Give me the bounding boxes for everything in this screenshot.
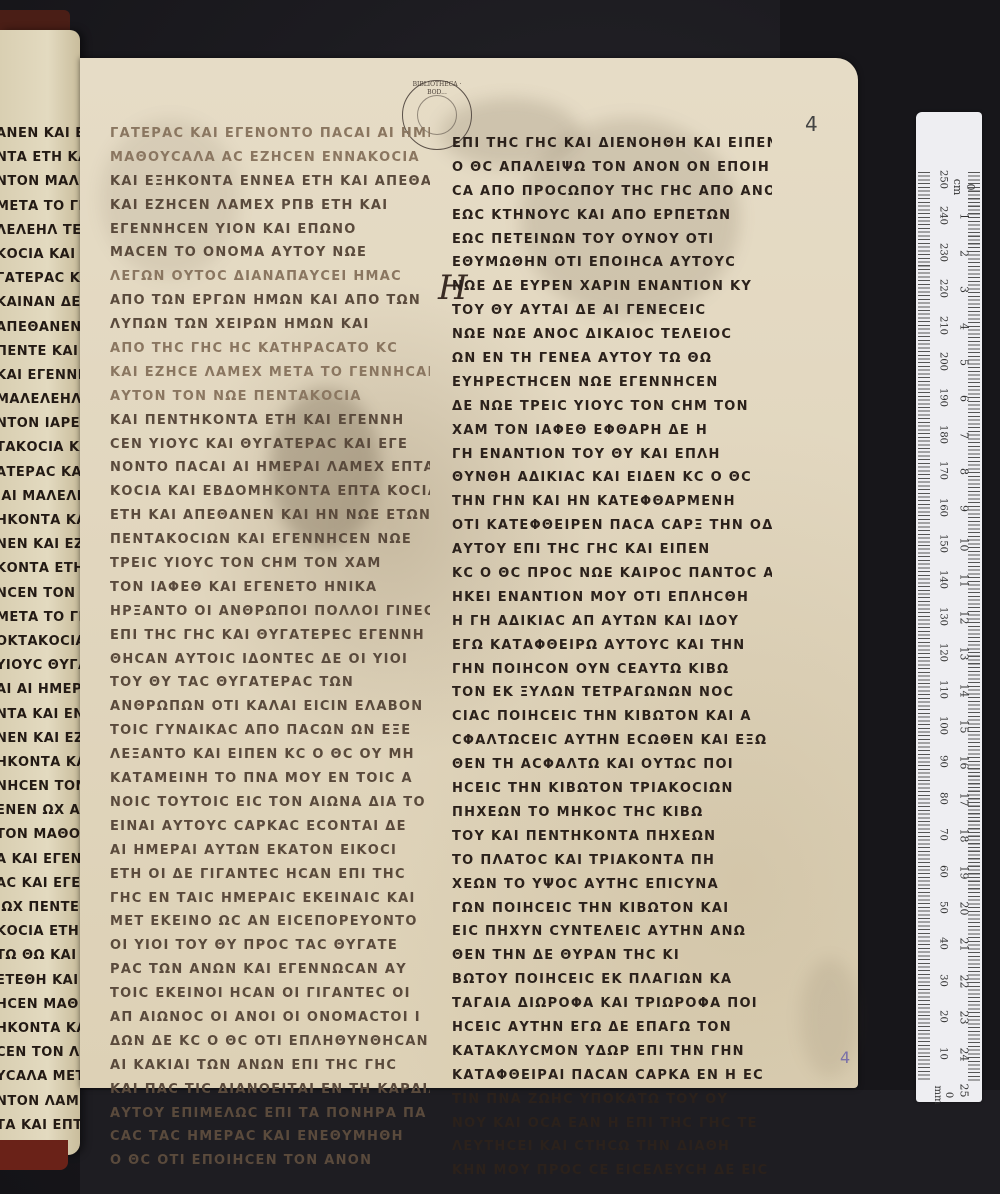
manuscript-line: ΚΑΙ ΕΓΕΝΝΗϹΕΝ: [0, 364, 80, 388]
manuscript-line: ΥΙΟΥϹ ΘΥΓΑΤ: [0, 654, 80, 678]
ruler-cm-label: 9: [958, 498, 971, 518]
manuscript-line: ΠΗΧΕΩΝ ΤΟ ΜΗΚΟϹ ΤΗϹ ΚΙΒΩ: [452, 801, 772, 825]
ruler-cm-label: 3: [958, 280, 971, 300]
manuscript-line: ΥϹΑΛΑ ΜΕΤ: [0, 1065, 80, 1089]
manuscript-line: ΚΟΝΤΑ ΕΤΗ ΚΑ: [0, 557, 80, 581]
ruler-mm-label: 50: [938, 895, 949, 921]
ruler-mm-label: 130: [938, 603, 949, 629]
manuscript-line: ΕΓΕΝΝΗϹΕΝ ΥΙΟΝ ΚΑΙ ΕΠΩΝΟ: [110, 218, 430, 242]
manuscript-line: ΧΑΜ ΤΟΝ ΙΑΦΕΘ ΕΦΘΑΡΗ ΔΕ Η: [452, 419, 772, 443]
manuscript-line: ΔΩΝ ΔΕ ΚϹ Ο ΘϹ ΟΤΙ ΕΠΛΗΘΥΝΘΗϹΑΝ: [110, 1030, 430, 1054]
manuscript-line: ΕΥΗΡΕϹΤΗϹΕΝ ΝΩΕ ΕΓΕΝΝΗϹΕΝ: [452, 371, 772, 395]
manuscript-line: ΚΑΤΑΦΘΕΙΡΑΙ ΠΑϹΑΝ ϹΑΡΚΑ ΕΝ Η ΕϹ: [452, 1064, 772, 1088]
manuscript-line: ΝΤΑ ΚΑΙ ΕΝΝΑ: [0, 703, 80, 727]
folio-number-top: 4: [805, 112, 818, 136]
ruler-mm-label: 110: [938, 676, 949, 702]
manuscript-line: ΕΓΩ ΚΑΤΑΦΘΕΙΡΩ ΑΥΤΟΥϹ ΚΑΙ ΤΗΝ: [452, 634, 772, 658]
manuscript-line: ΑΝΕΝ ΚΑΙ ΕΖΗ: [0, 122, 80, 146]
manuscript-line: ΑΠ ΑΙΩΝΟϹ ΟΙ ΑΝΟΙ ΟΙ ΟΝΟΜΑϹΤΟΙ Ι: [110, 1006, 430, 1030]
manuscript-line: ΜΑΛΕΛΕΗΛ ΜΕΤ: [0, 388, 80, 412]
ruler-mm-label: 160: [938, 494, 949, 520]
ruler-cm-label: 22: [958, 971, 971, 991]
manuscript-line: ΕΠΙ ΤΗϹ ΓΗϹ ΚΑΙ ΘΥΓΑΤΕΡΕϹ ΕΓΕΝΝΗ: [110, 624, 430, 648]
manuscript-line: ΤΟΙϹ ΕΚΕΙΝΟΙ ΗϹΑΝ ΟΙ ΓΙΓΑΝΤΕϹ ΟΙ: [110, 982, 430, 1006]
manuscript-line: ΗΚΟΝΤΑ ΚΑΙ ΕΝ: [0, 509, 80, 533]
ruler-cm-label: 21: [958, 935, 971, 955]
ruler-mm-label: 170: [938, 458, 949, 484]
text-column-left: ΓΑΤΕΡΑϹ ΚΑΙ ΕΓΕΝΟΝΤΟ ΠΑϹΑΙ ΑΙ ΗΜΕΡΑΙΜΑΘΟ…: [110, 122, 430, 1173]
manuscript-line: ΟΙ ΥΙΟΙ ΤΟΥ ΘΥ ΠΡΟϹ ΤΑϹ ΘΥΓΑΤΕ: [110, 934, 430, 958]
manuscript-line: ΗΚΕΙ ΕΝΑΝΤΙΟΝ ΜΟΥ ΟΤΙ ΕΠΛΗϹΘΗ: [452, 586, 772, 610]
manuscript-line: ΩΝ ΕΝ ΤΗ ΓΕΝΕΑ ΑΥΤΟΥ ΤΩ ΘΩ: [452, 347, 772, 371]
manuscript-line: ΝΕΝ ΚΑΙ ΕΖΗϹ: [0, 727, 80, 751]
ruler-mm-label: 20: [938, 1004, 949, 1030]
ruler-cm-label: 12: [958, 607, 971, 627]
ruler-mm-label: 190: [938, 385, 949, 411]
manuscript-line: ΓΑΤΕΡΑϹ ΚΑΙ ΕΓΕΝΟΝΤΟ ΠΑϹΑΙ ΑΙ ΗΜΕΡΑΙ: [110, 122, 430, 146]
ruler-cm-label: 5: [958, 353, 971, 373]
manuscript-line: ΓΩΝ ΠΟΙΗϹΕΙϹ ΤΗΝ ΚΙΒΩΤΟΝ ΚΑΙ: [452, 897, 772, 921]
manuscript-line: ΚΑΙ ΠΕΝΤΗΚΟΝΤΑ ΕΤΗ ΚΑΙ ΕΓΕΝΝΗ: [110, 409, 430, 433]
stain: [800, 958, 860, 1078]
manuscript-line: ΠΕΝΤΕ ΚΑΙ ΕΖΗΚ: [0, 340, 80, 364]
manuscript-line: ΛΕΥΤΗϹΕΙ ΚΑΙ ϹΤΗϹΩ ΤΗΝ ΔΙΑΘΗ: [452, 1135, 772, 1159]
manuscript-line: ΑΥΤΟΥ ΕΠΙ ΤΗϹ ΓΗϹ ΚΑΙ ΕΙΠΕΝ: [452, 538, 772, 562]
manuscript-line: ΜΕΤ ΕΚΕΙΝΟ ΩϹ ΑΝ ΕΙϹΕΠΟΡΕΥΟΝΤΟ: [110, 910, 430, 934]
manuscript-line: ΕΙΝΑΙ ΑΥΤΟΥϹ ϹΑΡΚΑϹ ΕϹΟΝΤΑΙ ΔΕ: [110, 815, 430, 839]
manuscript-line: ΟΚΤΑΚΟϹΙΑ ΕΤ: [0, 630, 80, 654]
manuscript-line: ΚΟϹΙΑ ΕΤΗ: [0, 920, 80, 944]
manuscript-line: ΕΤΗ ΚΑΙ ΑΠΕΘΑΝΕΝ ΚΑΙ ΗΝ ΝΩΕ ΕΤΩΝ: [110, 504, 430, 528]
ruler-cm-label: 1: [958, 207, 971, 227]
manuscript-line: ΜΑϹΕΝ ΤΟ ΟΝΟΜΑ ΑΥΤΟΥ ΝΩΕ: [110, 241, 430, 265]
manuscript-line: ϹΕΝ ΤΟΝ ΛΑ: [0, 1041, 80, 1065]
manuscript-line: ΕΠΙ ΤΗϹ ΓΗϹ ΚΑΙ ΔΙΕΝΟΗΘΗ ΚΑΙ ΕΙΠΕΝ: [452, 132, 772, 156]
ruler-cm-label: 23: [958, 1008, 971, 1028]
manuscript-line: ΜΕΤΑ ΤΟ ΓΕΝΝΗ: [0, 606, 80, 630]
ruler-cm-label: 7: [958, 425, 971, 445]
ruler-cm-label: 13: [958, 644, 971, 664]
manuscript-line: ΚΑΤΑΜΕΙΝΗ ΤΟ ΠΝΑ ΜΟΥ ΕΝ ΤΟΙϹ Α: [110, 767, 430, 791]
manuscript-line: ΑΠΕΘΑΝΕΝ ΚΑΙ: [0, 316, 80, 340]
manuscript-line: ΗϹΕΝ ΜΑΘ: [0, 993, 80, 1017]
ruler-mm-label: 150: [938, 531, 949, 557]
manuscript-line: ΝΩΕ ΝΩΕ ΑΝΟϹ ΔΙΚΑΙΟϹ ΤΕΛΕΙΟϹ: [452, 323, 772, 347]
ruler-cm-label: 2: [958, 243, 971, 263]
manuscript-line: ΤΟΥ ΚΑΙ ΠΕΝΤΗΚΟΝΤΑ ΠΗΧΕΩΝ: [452, 825, 772, 849]
ruler-mm-label: 220: [938, 276, 949, 302]
manuscript-line: ΤΗΝ ΓΗΝ ΚΑΙ ΗΝ ΚΑΤΕΦΘΑΡΜΕΝΗ: [452, 490, 772, 514]
manuscript-line: ΙΩΧ ΠΕΝΤΕ: [0, 896, 80, 920]
ruler-mm-label: 140: [938, 567, 949, 593]
manuscript-line: ΜΕΤΑ ΤΟ ΓΕΝΝΗ: [0, 195, 80, 219]
manuscript-line: ΔΕ ΝΩΕ ΤΡΕΙϹ ΥΙΟΥϹ ΤΟΝ ϹΗΜ ΤΟΝ: [452, 395, 772, 419]
manuscript-line: ΑΝΘΡΩΠΩΝ ΟΤΙ ΚΑΛΑΙ ΕΙϹΙΝ ΕΛΑΒΟΝ ΕΑΥ: [110, 695, 430, 719]
manuscript-line: ΝΩΕ ΔΕ ΕΥΡΕΝ ΧΑΡΙΝ ΕΝΑΝΤΙΟΝ ΚΥ: [452, 275, 772, 299]
ruler-cm-label: 20: [958, 899, 971, 919]
ruler-mm-label: 10: [938, 1040, 949, 1066]
manuscript-line: ΗΚΟΝΤΑ ΚΑΙ Ε: [0, 751, 80, 775]
manuscript-line: ΗϹΕΙϹ ΑΥΤΗΝ ΕΓΩ ΔΕ ΕΠΑΓΩ ΤΟΝ: [452, 1016, 772, 1040]
manuscript-line: ΚΑΙ ΕΞΗΚΟΝΤΑ ΕΝΝΕΑ ΕΤΗ ΚΑΙ ΑΠΕΘΑΝΕ: [110, 170, 430, 194]
ruler-cm-label: 25: [958, 1081, 971, 1101]
manuscript-line: ΗΚΟΝΤΑ ΚΑΙ: [0, 1017, 80, 1041]
manuscript-line: ΚΑΙΝΑΝ ΔΕΚΑ: [0, 291, 80, 315]
manuscript-line: ΕΘΥΜΩΘΗΝ ΟΤΙ ΕΠΟΙΗϹΑ ΑΥΤΟΥϹ: [452, 251, 772, 275]
manuscript-line: ΚΟϹΙΑ ΚΑΙ ΕΒΔΟΜΗΚΟΝΤΑ ΕΠΤΑ ΚΟϹΙΑ: [110, 480, 430, 504]
ruler-cm-label: 10: [958, 535, 971, 555]
manuscript-line: ϹΑϹ ΤΑϹ ΗΜΕΡΑϹ ΚΑΙ ΕΝΕΘΥΜΗΘΗ: [110, 1125, 430, 1149]
ruler-mm-label: 40: [938, 931, 949, 957]
ruler-mm-label: 80: [938, 785, 949, 811]
manuscript-line: ϹΦΑΛΤΩϹΕΙϹ ΑΥΤΗΝ ΕϹΩΘΕΝ ΚΑΙ ΕΞΩ: [452, 729, 772, 753]
manuscript-line: ΕΝΕΝ ΩΧ ΑΛΑ: [0, 799, 80, 823]
manuscript-line: ϹΙΑϹ ΠΟΙΗϹΕΙϹ ΤΗΝ ΚΙΒΩΤΟΝ ΚΑΙ Α: [452, 705, 772, 729]
manuscript-line: ΓΗϹ ΕΝ ΤΑΙϹ ΗΜΕΡΑΙϹ ΕΚΕΙΝΑΙϹ ΚΑΙ: [110, 887, 430, 911]
manuscript-line: ΕΤΕΘΗ ΚΑΙ: [0, 969, 80, 993]
manuscript-line: ΝϹΕΝ ΤΟΝ ΕΝ: [0, 582, 80, 606]
manuscript-line: ΜΑΘΟΥϹΑΛΑ ΑϹ ΕΖΗϹΕΝ ΕΝΝΑΚΟϹΙΑ: [110, 146, 430, 170]
ruler-mm-label: 230: [938, 239, 949, 265]
ruler-mm-label: 60: [938, 858, 949, 884]
ruler-mm-label: 200: [938, 349, 949, 375]
manuscript-line: ΤΑΓΑΙΑ ΔΙΩΡΟΦΑ ΚΑΙ ΤΡΙΩΡΟΦΑ ΠΟΙ: [452, 992, 772, 1016]
manuscript-line: ΧΕΩΝ ΤΟ ΥΨΟϹ ΑΥΤΗϹ ΕΠΙϹΥΝΑ: [452, 873, 772, 897]
ruler-cm-label: 19: [958, 862, 971, 882]
manuscript-line: ΝΗϹΕΝ ΤΟΝ Ε: [0, 775, 80, 799]
folio-number-bottom: 4: [840, 1048, 850, 1067]
ruler-cm-label: 4: [958, 316, 971, 336]
manuscript-line: ΤΟΝ ΙΑΦΕΘ ΚΑΙ ΕΓΕΝΕΤΟ ΗΝΙΚΑ: [110, 576, 430, 600]
manuscript-line: ΝΟΥ ΚΑΙ ΟϹΑ ΕΑΝ Η ΕΠΙ ΤΗϹ ΓΗϹ ΤΕ: [452, 1112, 772, 1136]
manuscript-line: ΓΑΤΕΡΑϹ ΚΑΙ ΕΓΕ: [0, 267, 80, 291]
manuscript-line: ΤΟΥ ΘΥ ΑΥΤΑΙ ΔΕ ΑΙ ΓΕΝΕϹΕΙϹ: [452, 299, 772, 323]
manuscript-line: ΕΩϹ ΚΤΗΝΟΥϹ ΚΑΙ ΑΠΟ ΕΡΠΕΤΩΝ: [452, 204, 772, 228]
ruler-cm-label: 18: [958, 826, 971, 846]
manuscript-line: ΚΑΙ ΕΖΗϹΕ ΛΑΜΕΧ ΜΕΤΑ ΤΟ ΓΕΝΝΗϹΑΙ: [110, 361, 430, 385]
ruler-cm-label: 16: [958, 753, 971, 773]
ruler-cm-label: 11: [958, 571, 971, 591]
ruler-cm-label: 15: [958, 717, 971, 737]
manuscript-line: ΝΕΝ ΚΑΙ ΕΖΗϹ: [0, 533, 80, 557]
manuscript-line: ΠΕΝΤΑΚΟϹΙΩΝ ΚΑΙ ΕΓΕΝΝΗϹΕΝ ΝΩΕ: [110, 528, 430, 552]
manuscript-line: ΑΙ ΗΜΕΡΑΙ ΑΥΤΩΝ ΕΚΑΤΟΝ ΕΙΚΟϹΙ: [110, 839, 430, 863]
manuscript-line: ΒΩΤΟΥ ΠΟΙΗϹΕΙϹ ΕΚ ΠΛΑΓΙΩΝ ΚΑ: [452, 968, 772, 992]
ruler-cm-label: 8: [958, 462, 971, 482]
manuscript-line: ΝΟΙϹ ΤΟΥΤΟΙϹ ΕΙϹ ΤΟΝ ΑΙΩΝΑ ΔΙΑ ΤΟ: [110, 791, 430, 815]
manuscript-line: ΑΠΟ ΤΗϹ ΓΗϹ ΗϹ ΚΑΤΗΡΑϹΑΤΟ ΚϹ: [110, 337, 430, 361]
manuscript-line: ΚΗΝ ΜΟΥ ΠΡΟϹ ϹΕ ΕΙϹΕΛΕΥϹΗ ΔΕ ΕΙϹ: [452, 1159, 772, 1183]
ruler-mm-label: 70: [938, 822, 949, 848]
ruler-mm-label: 240: [938, 203, 949, 229]
ruler-mm-label: 210: [938, 312, 949, 338]
ruler-mm-ticks: [918, 172, 930, 1082]
manuscript-line: ΑΙ ΚΑΚΙΑΙ ΤΩΝ ΑΝΩΝ ΕΠΙ ΤΗϹ ΓΗϹ: [110, 1054, 430, 1078]
ruler-cm-label: 0 cm: [951, 177, 977, 197]
manuscript-line: ΤΑΚΟϹΙΑ ΚΑΙ ΕΓ: [0, 436, 80, 460]
manuscript-line: ΡΑϹ ΤΩΝ ΑΝΩΝ ΚΑΙ ΕΓΕΝΝΩϹΑΝ ΑΥ: [110, 958, 430, 982]
measuring-ruler: 0 cm123456789101112131415161718192021222…: [916, 112, 982, 1102]
manuscript-line: ΤΑ ΚΑΙ ΕΠΤΑΚ: [0, 1114, 80, 1138]
ruler-mm-label: 250: [938, 167, 949, 193]
manuscript-line: ΤΟ ΠΛΑΤΟϹ ΚΑΙ ΤΡΙΑΚΟΝΤΑ ΠΗ: [452, 849, 772, 873]
manuscript-line: ΑΤΕΡΑϹ ΚΑΙ ΕΓ: [0, 461, 80, 485]
manuscript-line: ΑϹ ΚΑΙ ΕΓΕΝ: [0, 872, 80, 896]
ruler-mm-label: 100: [938, 713, 949, 739]
left-page-text: ΑΝΕΝ ΚΑΙ ΕΖΗΝΤΑ ΕΤΗ ΚΑΙ ΕΚΝΤΟΝ ΜΑΛΕΛΕΗΜΕ…: [0, 122, 80, 1138]
manuscript-line: ΝΤΑ ΕΤΗ ΚΑΙ ΕΚ: [0, 146, 80, 170]
manuscript-line: ΑΠΟ ΤΩΝ ΕΡΓΩΝ ΗΜΩΝ ΚΑΙ ΑΠΟ ΤΩΝ: [110, 289, 430, 313]
manuscript-line: ΛΕΛΕΗΛ ΤΕϹϹΑ: [0, 219, 80, 243]
manuscript-line: ΚΑΙ ΕΖΗϹΕΝ ΛΑΜΕΧ ΡΠΒ ΕΤΗ ΚΑΙ: [110, 194, 430, 218]
left-facing-page: ΑΝΕΝ ΚΑΙ ΕΖΗΝΤΑ ΕΤΗ ΚΑΙ ΕΚΝΤΟΝ ΜΑΛΕΛΕΗΜΕ…: [0, 30, 80, 1155]
manuscript-line: ΘΕΝ ΤΗΝ ΔΕ ΘΥΡΑΝ ΤΗϹ ΚΙ: [452, 944, 772, 968]
manuscript-line: ΗϹΕΙϹ ΤΗΝ ΚΙΒΩΤΟΝ ΤΡΙΑΚΟϹΙΩΝ: [452, 777, 772, 801]
ruler-mm-label: 90: [938, 749, 949, 775]
manuscript-line: Α ΚΑΙ ΕΓΕΝΝ: [0, 848, 80, 872]
manuscript-line: ΝΤΟΝ ΙΑΡΕΤ: [0, 412, 80, 436]
manuscript-line: ΚϹ Ο ΘϹ ΠΡΟϹ ΝΩΕ ΚΑΙΡΟϹ ΠΑΝΤΟϹ ΑΝΟΥ: [452, 562, 772, 586]
manuscript-line: ΕΩϹ ΠΕΤΕΙΝΩΝ ΤΟΥ ΟΥΝΟΥ ΟΤΙ: [452, 228, 772, 252]
manuscript-line: Ο ΘϹ ΟΤΙ ΕΠΟΙΗϹΕΝ ΤΟΝ ΑΝΟΝ: [110, 1149, 430, 1173]
manuscript-line: ΚΑΙ ΠΑϹ ΤΙϹ ΔΙΑΝΟΕΙΤΑΙ ΕΝ ΤΗ ΚΑΡΔΙΑ: [110, 1078, 430, 1102]
manuscript-line: ΛΕΓΩΝ ΟΥΤΟϹ ΔΙΑΝΑΠΑΥϹΕΙ ΗΜΑϹ: [110, 265, 430, 289]
manuscript-line: ΗΡΞΑΝΤΟ ΟΙ ΑΝΘΡΩΠΟΙ ΠΟΛΛΟΙ ΓΙΝΕϹΘΑΙ: [110, 600, 430, 624]
manuscript-line: ΤΟΥ ΘΥ ΤΑϹ ΘΥΓΑΤΕΡΑϹ ΤΩΝ: [110, 671, 430, 695]
manuscript-line: ΕΙϹ ΠΗΧΥΝ ϹΥΝΤΕΛΕΙϹ ΑΥΤΗΝ ΑΝΩ: [452, 920, 772, 944]
manuscript-line: ΘΥΝΘΗ ΑΔΙΚΙΑϹ ΚΑΙ ΕΙΔΕΝ ΚϹ Ο ΘϹ: [452, 466, 772, 490]
manuscript-line: ΤΩ ΘΩ ΚΑΙ: [0, 944, 80, 968]
manuscript-line: ΤΟΙϹ ΓΥΝΑΙΚΑϹ ΑΠΟ ΠΑϹΩΝ ΩΝ ΕΞΕ: [110, 719, 430, 743]
ruler-cm-label: 17: [958, 789, 971, 809]
manuscript-line: ΤΡΕΙϹ ΥΙΟΥϹ ΤΟΝ ϹΗΜ ΤΟΝ ΧΑΜ: [110, 552, 430, 576]
manuscript-line: ΛΥΠΩΝ ΤΩΝ ΧΕΙΡΩΝ ΗΜΩΝ ΚΑΙ: [110, 313, 430, 337]
manuscript-line: ΕΤΗ ΟΙ ΔΕ ΓΙΓΑΝΤΕϹ ΗϹΑΝ ΕΠΙ ΤΗϹ: [110, 863, 430, 887]
manuscript-line: Η ΓΗ ΑΔΙΚΙΑϹ ΑΠ ΑΥΤΩΝ ΚΑΙ ΙΔΟΥ: [452, 610, 772, 634]
manuscript-line: ϹΕΝ ΥΙΟΥϹ ΚΑΙ ΘΥΓΑΤΕΡΑϹ ΚΑΙ ΕΓΕ: [110, 433, 430, 457]
ruler-cm-label: 14: [958, 680, 971, 700]
manuscript-line: ΤΟΝ ΕΚ ΞΥΛΩΝ ΤΕΤΡΑΓΩΝΩΝ ΝΟϹ: [452, 681, 772, 705]
ruler-mm-label: 180: [938, 421, 949, 447]
manuscript-line: ΤΙΝ ΠΝΑ ΖΩΗϹ ΥΠΟΚΑΤΩ ΤΟΥ ΟΥ: [452, 1088, 772, 1112]
manuscript-line: Ο ΘϹ ΑΠΑΛΕΙΨΩ ΤΟΝ ΑΝΟΝ ΟΝ ΕΠΟΙΗ: [452, 156, 772, 180]
manuscript-line: ΚΟϹΙΑ ΚΑΙ ΕΓΕ: [0, 243, 80, 267]
manuscript-line: ΑΙ ΑΙ ΗΜΕΡΑΙ: [0, 678, 80, 702]
manuscript-line: ΚΑΤΑΚΛΥϹΜΟΝ ΥΔΩΡ ΕΠΙ ΤΗΝ ΓΗΝ: [452, 1040, 772, 1064]
manuscript-line: ΝΤΟΝ ΜΑΛΕΛΕΗ: [0, 170, 80, 194]
manuscript-line: ΓΗ ΕΝΑΝΤΙΟΝ ΤΟΥ ΘΥ ΚΑΙ ΕΠΛΗ: [452, 443, 772, 467]
manuscript-line: ΘΕΝ ΤΗ ΑϹΦΑΛΤΩ ΚΑΙ ΟΥΤΩϹ ΠΟΙ: [452, 753, 772, 777]
ruler-mm-label: 120: [938, 640, 949, 666]
manuscript-line: ΟΤΙ ΚΑΤΕΦΘΕΙΡΕΝ ΠΑϹΑ ϹΑΡΞ ΤΗΝ ΟΔΟΝ: [452, 514, 772, 538]
manuscript-line: ϹΑ ΑΠΟ ΠΡΟϹΩΠΟΥ ΤΗϹ ΓΗϹ ΑΠΟ ΑΝΟΥ: [452, 180, 772, 204]
manuscript-line: ΘΗϹΑΝ ΑΥΤΟΙϹ ΙΔΟΝΤΕϹ ΔΕ ΟΙ ΥΙΟΙ: [110, 648, 430, 672]
ruler-mm-label: 0 mm: [932, 1082, 954, 1108]
ruler-cm-label: 6: [958, 389, 971, 409]
manuscript-line: ΓΗΝ ΠΟΙΗϹΟΝ ΟΥΝ ϹΕΑΥΤΩ ΚΙΒΩ: [452, 658, 772, 682]
text-column-right: ΕΠΙ ΤΗϹ ΓΗϹ ΚΑΙ ΔΙΕΝΟΗΘΗ ΚΑΙ ΕΙΠΕΝΟ ΘϹ Α…: [452, 132, 772, 1183]
ruler-cm-label: 24: [958, 1044, 971, 1064]
manuscript-line: ΤΟΝ ΜΑΘΟΥϹΑ: [0, 823, 80, 847]
binding-edge-bottom: [0, 1140, 68, 1170]
manuscript-line: ΛΕΞΑΝΤΟ ΚΑΙ ΕΙΠΕΝ ΚϹ Ο ΘϹ ΟΥ ΜΗ: [110, 743, 430, 767]
manuscript-line: ΑΥΤΟΝ ΤΟΝ ΝΩΕ ΠΕΝΤΑΚΟϹΙΑ: [110, 385, 430, 409]
ruler-mm-label: 30: [938, 967, 949, 993]
manuscript-line: ΑΥΤΟΥ ΕΠΙΜΕΛΩϹ ΕΠΙ ΤΑ ΠΟΝΗΡΑ ΠΑ: [110, 1102, 430, 1126]
manuscript-line: ΙΑΙ ΜΑΛΕΛΕΗΛ: [0, 485, 80, 509]
manuscript-line: ΝΟΝΤΟ ΠΑϹΑΙ ΑΙ ΗΜΕΡΑΙ ΛΑΜΕΧ ΕΠΤΑ: [110, 456, 430, 480]
manuscript-line: ΝΤΟΝ ΛΑΜ: [0, 1090, 80, 1114]
